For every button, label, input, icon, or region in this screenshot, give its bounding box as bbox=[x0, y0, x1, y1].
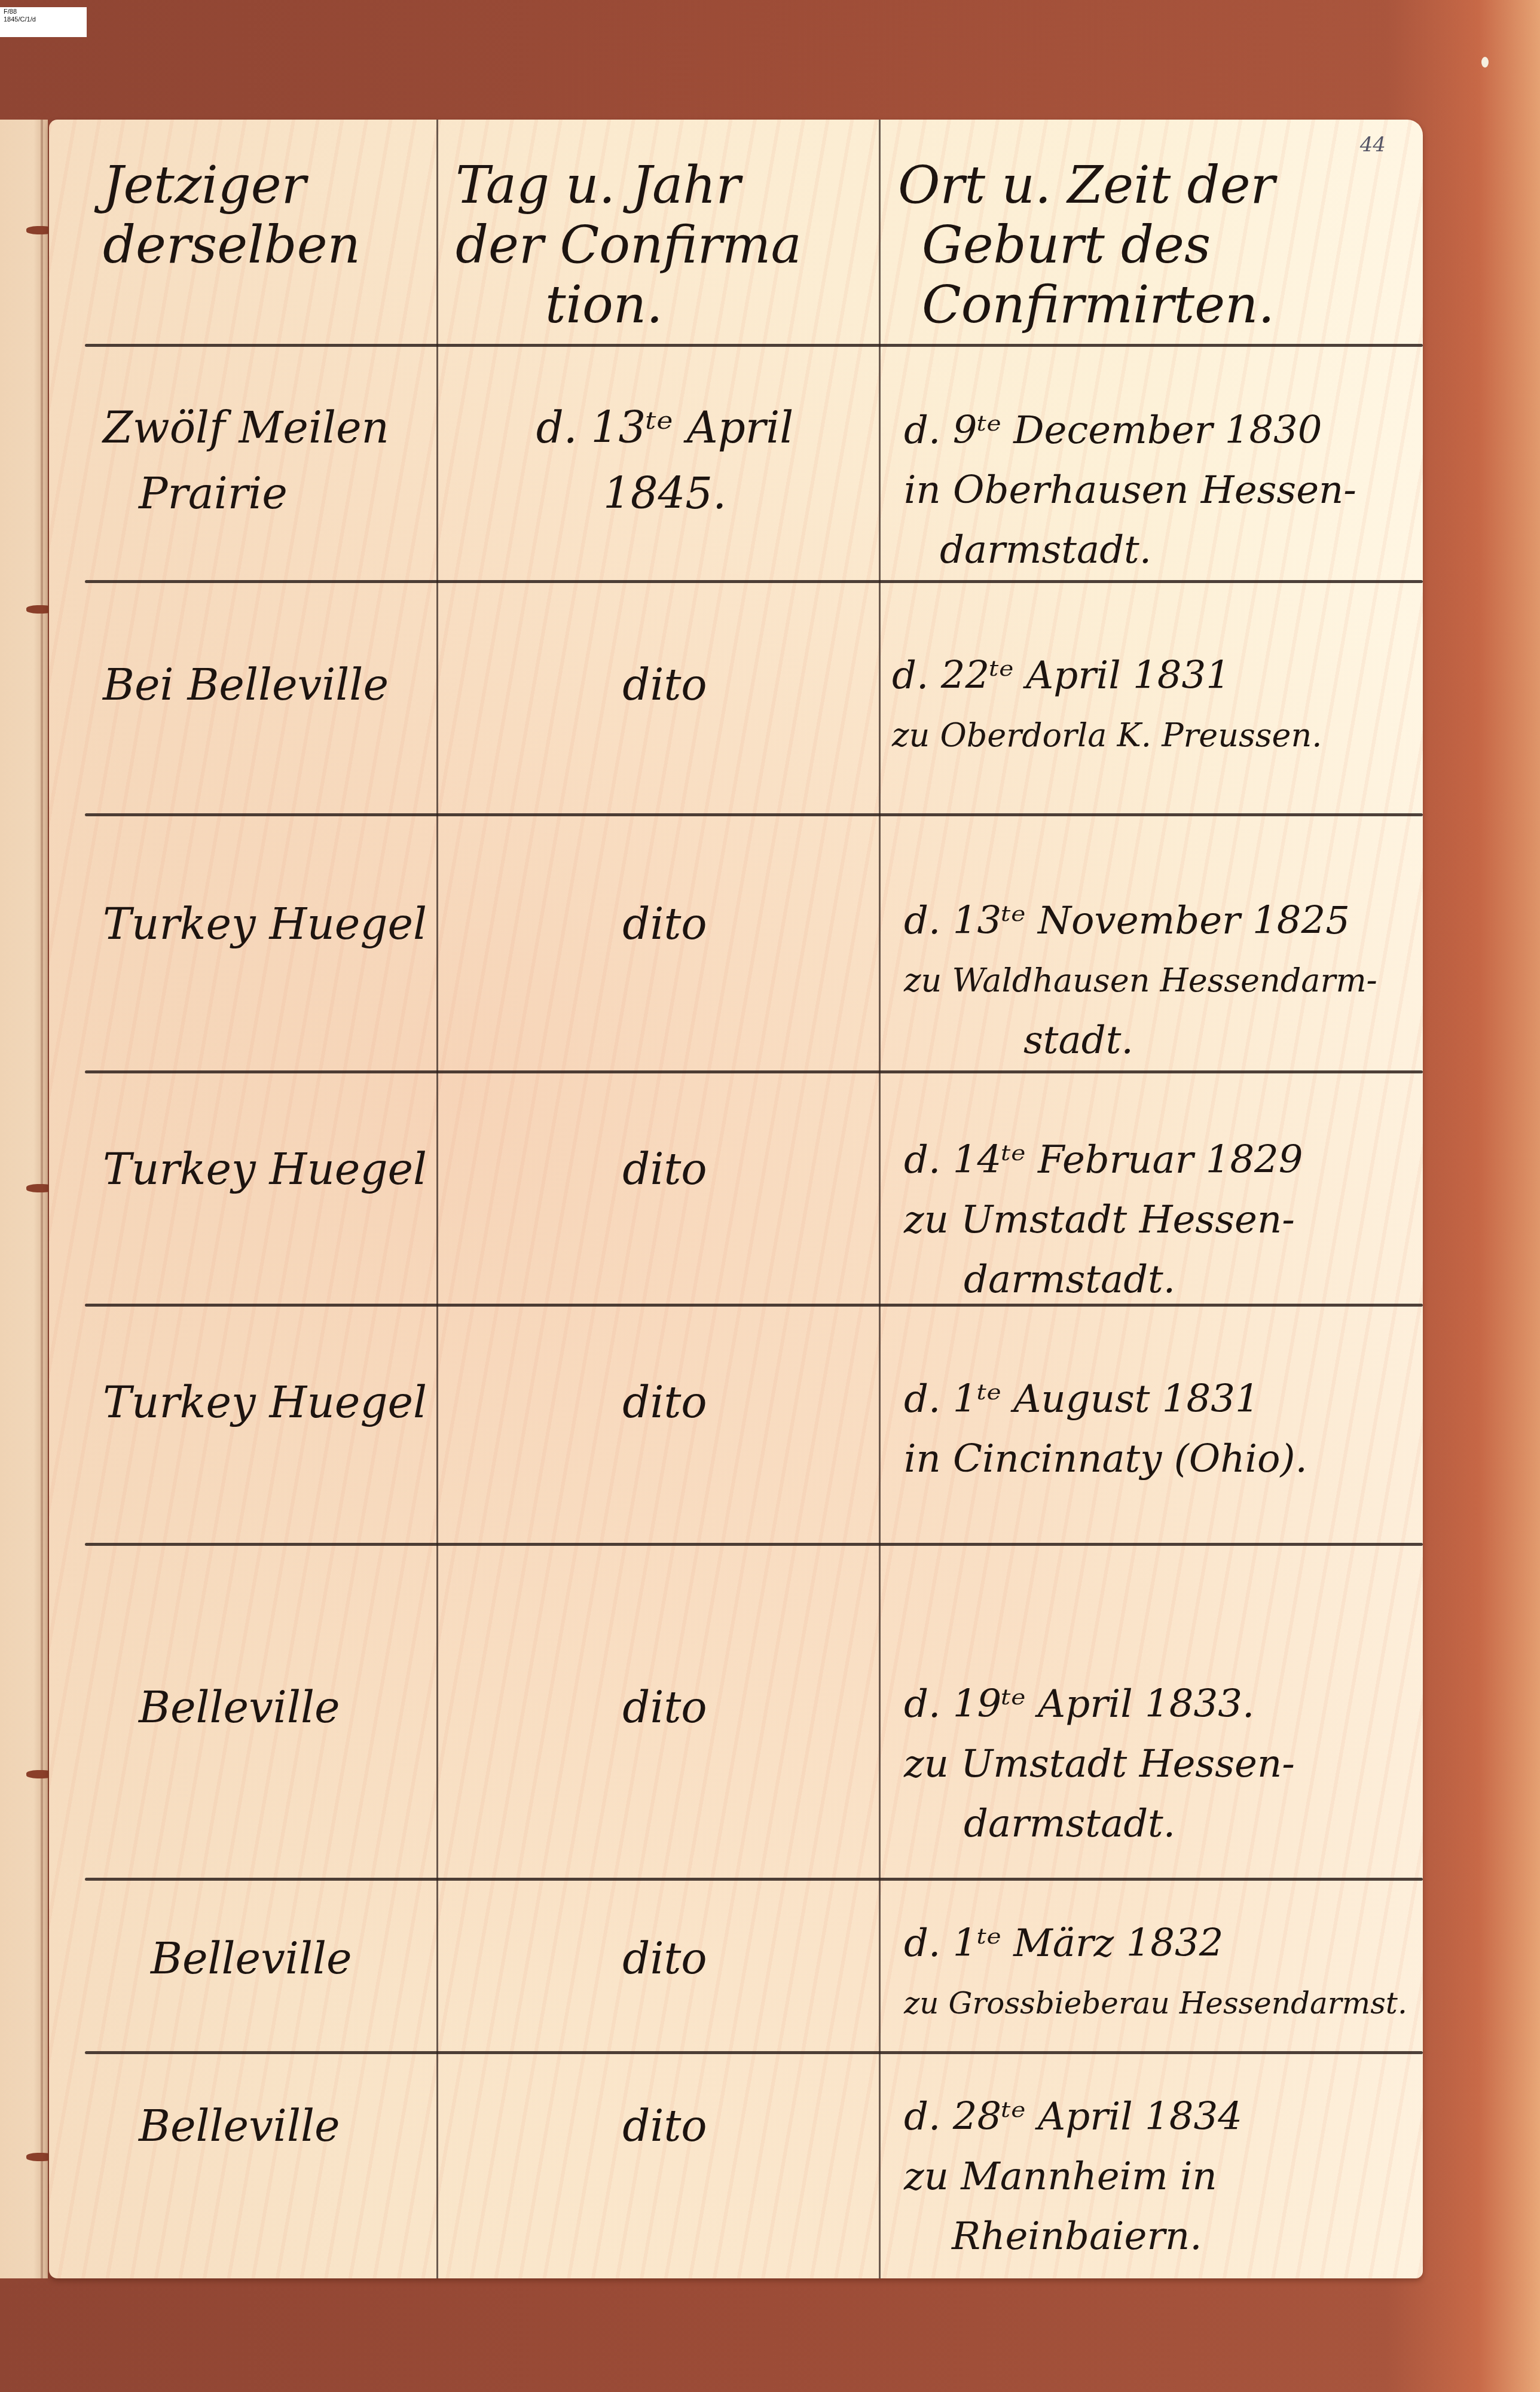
column-divider bbox=[879, 120, 881, 2278]
row-5-residence: Turkey Huegel bbox=[103, 1369, 485, 1435]
row-7-birth: d. 1ᵗᵉ März 1832 zu Grossbieberau Hessen… bbox=[904, 1914, 1370, 2033]
row-3-confirmation: dito bbox=[456, 891, 874, 957]
row-divider bbox=[85, 1878, 1423, 1881]
row-1-residence: Zwölf Meilen Prairie bbox=[103, 395, 485, 526]
binding-spine bbox=[41, 120, 43, 2278]
row-6-birth: d. 19ᵗᵉ April 1833. zu Umstadt Hessen- d… bbox=[904, 1674, 1370, 1854]
row-1-confirmation: d. 13ᵗᵉ April 1845. bbox=[456, 395, 874, 526]
page-number: 44 bbox=[1360, 133, 1386, 157]
row-5-birth: d. 1ᵗᵉ August 1831 in Cincinnaty (Ohio). bbox=[904, 1369, 1370, 1489]
header-confirmation-date: Tag u. Jahr der Confirma tion. bbox=[456, 155, 874, 335]
row-divider bbox=[85, 1543, 1423, 1546]
header-residence: Jetziger derselben bbox=[103, 155, 485, 275]
archive-reference-label: F/88 1845/C/1/d bbox=[0, 7, 87, 37]
row-4-residence: Turkey Huegel bbox=[103, 1136, 485, 1202]
row-4-birth: d. 14ᵗᵉ Februar 1829 zu Umstadt Hessen- … bbox=[904, 1130, 1370, 1310]
row-divider bbox=[85, 344, 1423, 347]
row-8-birth: d. 28ᵗᵉ April 1834 zu Mannheim in Rheinb… bbox=[904, 2087, 1370, 2266]
row-5-confirmation: dito bbox=[456, 1369, 874, 1435]
row-divider bbox=[85, 1070, 1423, 1073]
register-page: 44 Jetziger derselben Tag u. Jahr der Co… bbox=[49, 120, 1423, 2278]
row-8-confirmation: dito bbox=[456, 2093, 874, 2159]
header-birth-place-date: Ort u. Zeit der Geburt des Confirmirten. bbox=[898, 155, 1364, 335]
row-3-birth: d. 13ᵗᵉ November 1825 zu Waldhausen Hess… bbox=[904, 891, 1370, 1070]
row-4-confirmation: dito bbox=[456, 1136, 874, 1202]
paper-fleck bbox=[1481, 57, 1489, 68]
archive-label-line2: 1845/C/1/d bbox=[4, 16, 83, 24]
row-2-birth: d. 22ᵗᵉ April 1831 zu Oberdorla K. Preus… bbox=[892, 646, 1358, 765]
row-7-confirmation: dito bbox=[456, 1926, 874, 1991]
row-1-birth: d. 9ᵗᵉ December 1830 in Oberhausen Hesse… bbox=[904, 401, 1370, 580]
row-2-residence: Bei Belleville bbox=[103, 652, 485, 718]
row-divider bbox=[85, 580, 1423, 583]
row-2-confirmation: dito bbox=[456, 652, 874, 718]
row-3-residence: Turkey Huegel bbox=[103, 891, 485, 957]
row-6-confirmation: dito bbox=[456, 1674, 874, 1740]
row-divider bbox=[85, 813, 1423, 816]
row-divider bbox=[85, 2051, 1423, 2054]
archive-label-line1: F/88 bbox=[4, 8, 83, 16]
